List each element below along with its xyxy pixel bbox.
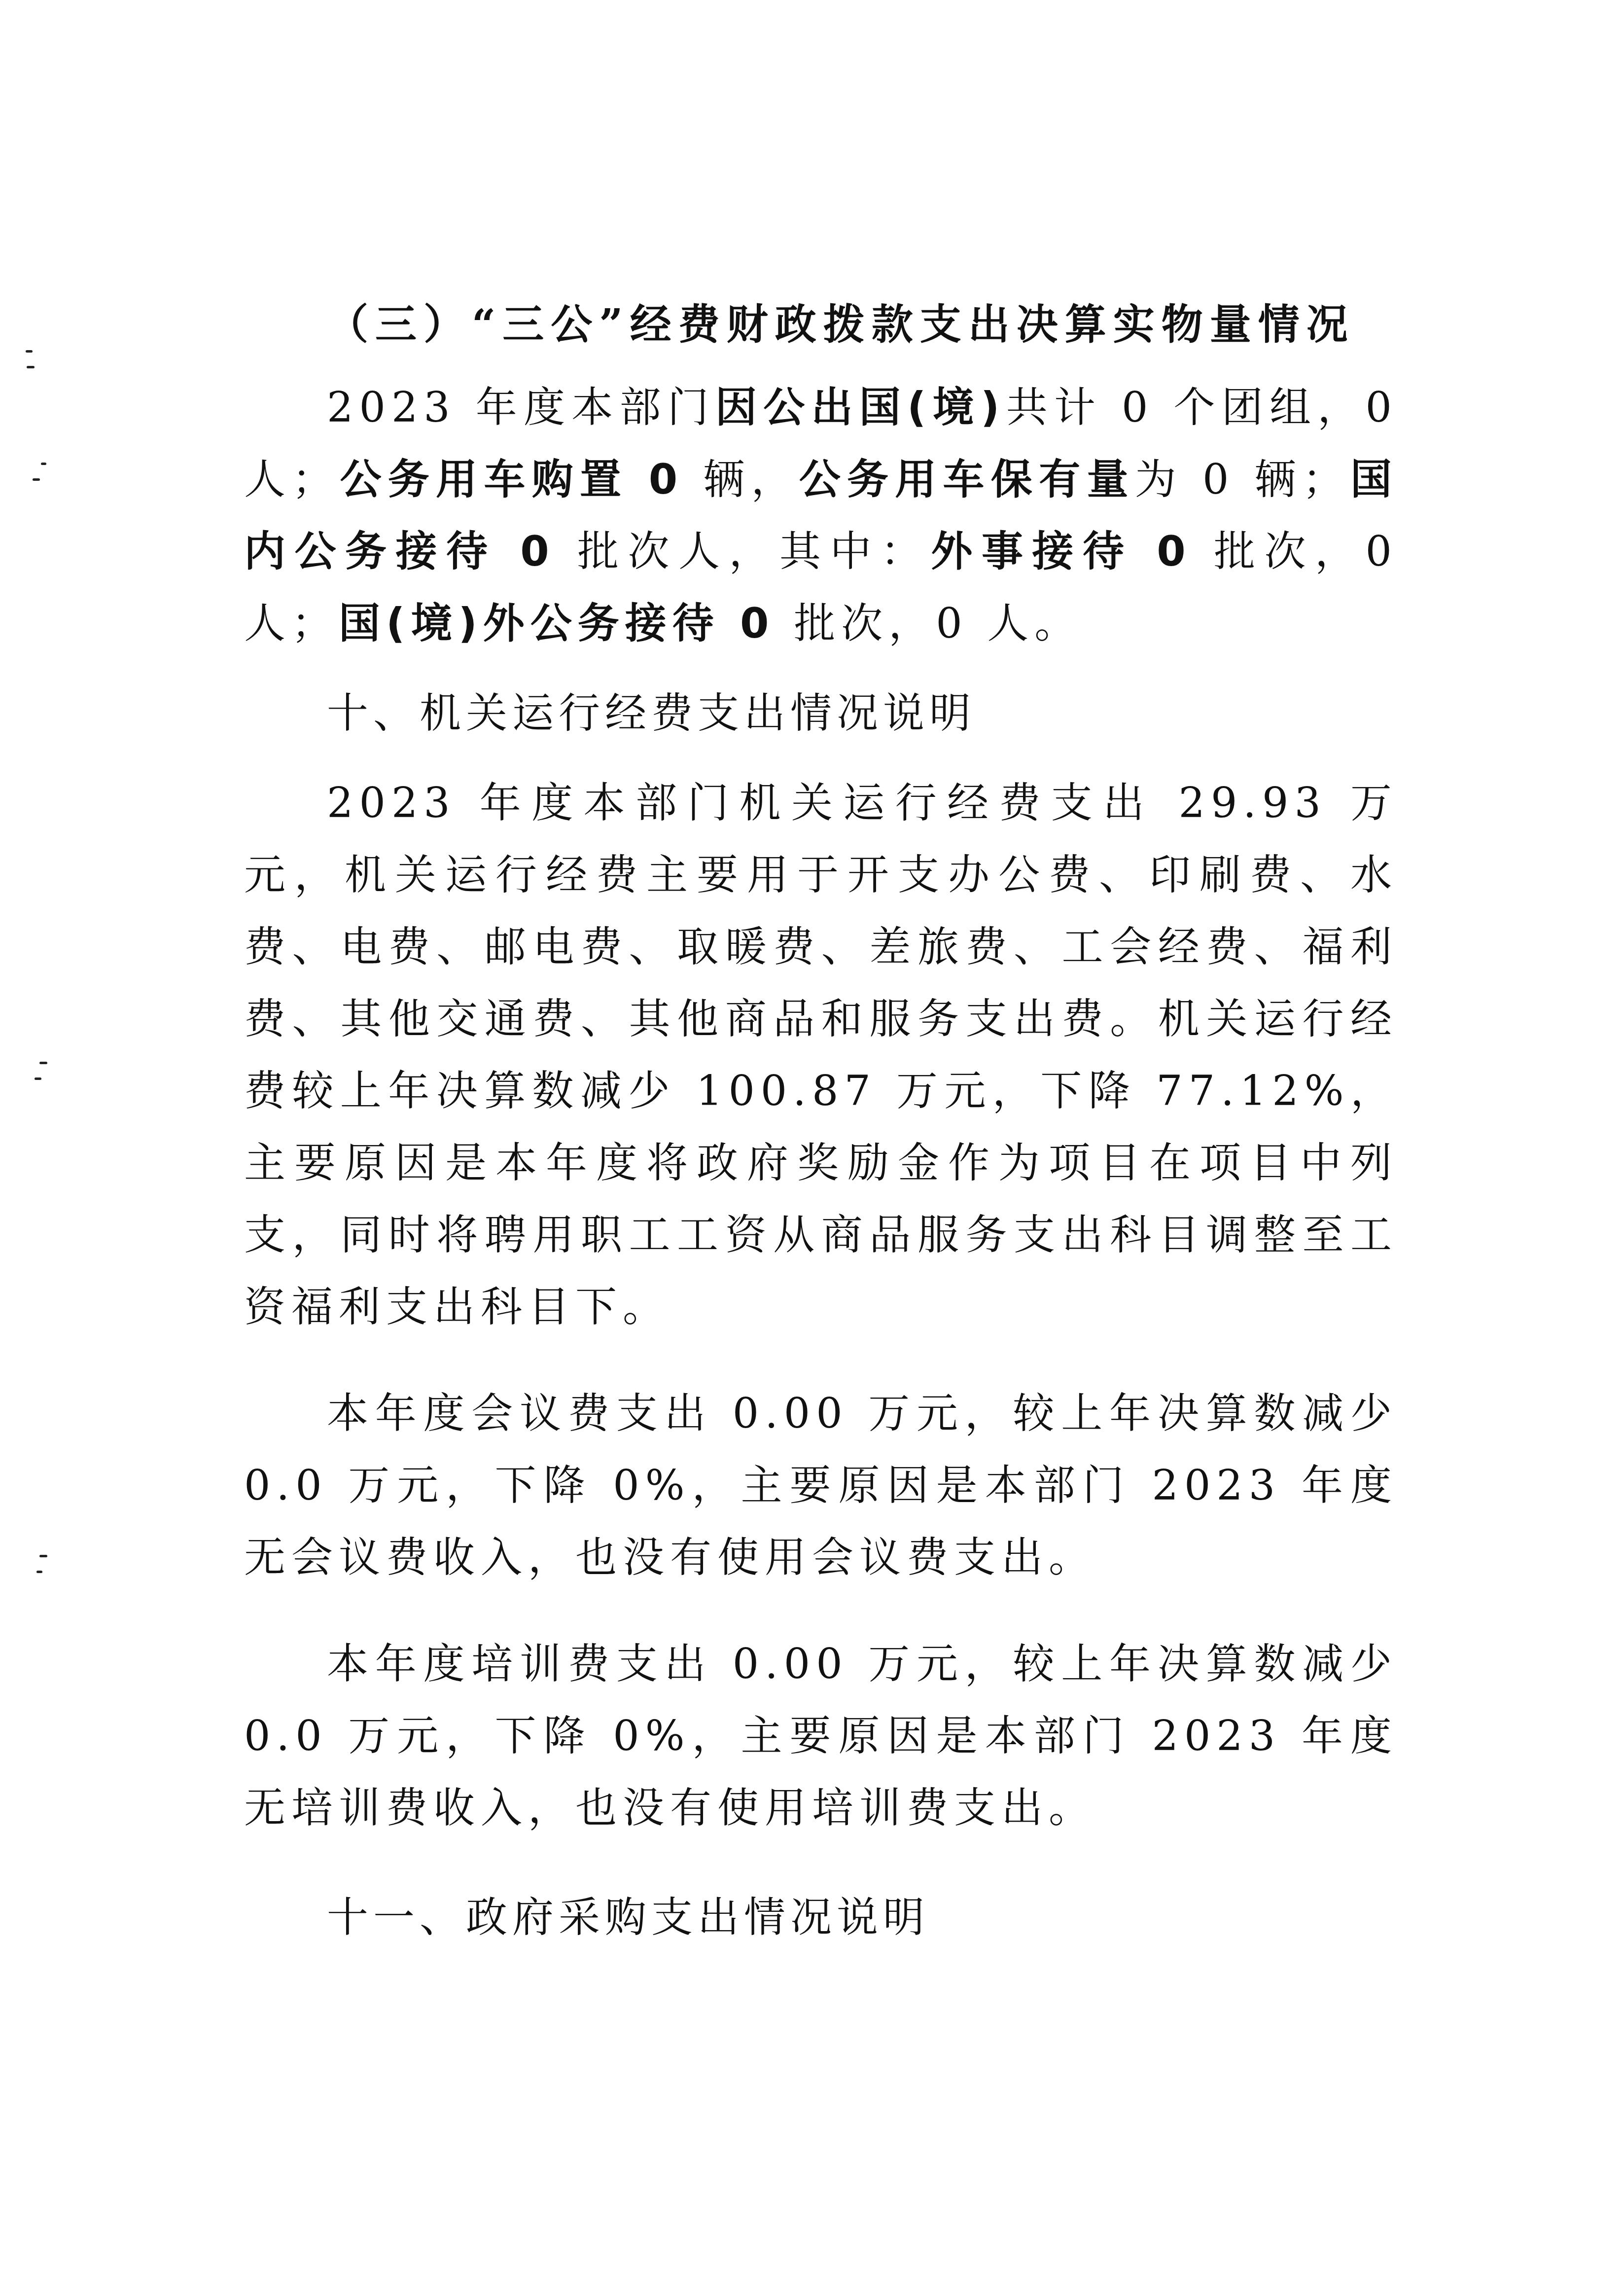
text-segment: 为 0 辆； [1135, 455, 1350, 503]
text-segment: 批次，0 人。 [775, 599, 1082, 647]
bold-term-vehicle-holdings: 公务用车保有量 [799, 455, 1135, 503]
paragraph-three-public-quantity: 2023 年度本部门因公出国(境)共计 0 个团组，0 人；公务用车购置 0 辆… [244, 371, 1398, 659]
bold-term-vehicle-purchase: 公务用车购置 0 [339, 455, 683, 503]
scan-mark [26, 350, 33, 353]
text-segment: 批次人，其中： [555, 527, 931, 575]
paragraph-training-expenses: 本年度培训费支出 0.00 万元，较上年决算数减少 0.0 万元，下降 0%，主… [244, 1628, 1398, 1844]
text-segment: 辆， [683, 455, 799, 503]
section-heading-government-procurement: 十一、政府采购支出情况说明 [244, 1881, 1398, 1953]
document-body: （三）“三公”经费财政拨款支出决算实物量情况 2023 年度本部门因公出国(境)… [244, 288, 1398, 1953]
scan-mark [33, 478, 40, 481]
text-segment: 2023 年度本部门 [327, 383, 715, 431]
section-heading-operating-expenses: 十、机关运行经费支出情况说明 [244, 677, 1398, 749]
scan-mark [36, 1571, 42, 1573]
scan-mark [39, 1555, 47, 1557]
scan-mark [35, 1077, 41, 1080]
bold-term-foreign-affairs-reception: 外事接待 0 [931, 527, 1192, 575]
paragraph-meeting-expenses: 本年度会议费支出 0.00 万元，较上年决算数减少 0.0 万元，下降 0%，主… [244, 1377, 1398, 1593]
bold-term-overseas-travel: 因公出国(境) [715, 383, 1005, 431]
scan-mark [41, 463, 46, 465]
scan-mark [27, 366, 35, 368]
scanned-document-page: （三）“三公”经费财政拨款支出决算实物量情况 2023 年度本部门因公出国(境)… [0, 0, 1624, 2296]
scan-mark [39, 1062, 47, 1064]
subsection-heading-three-public-quantity: （三）“三公”经费财政拨款支出决算实物量情况 [244, 288, 1398, 360]
bold-term-overseas-reception: 国(境)外公务接待 0 [339, 599, 775, 647]
paragraph-operating-expenses: 2023 年度本部门机关运行经费支出 29.93 万元，机关运行经费主要用于开支… [244, 767, 1398, 1343]
